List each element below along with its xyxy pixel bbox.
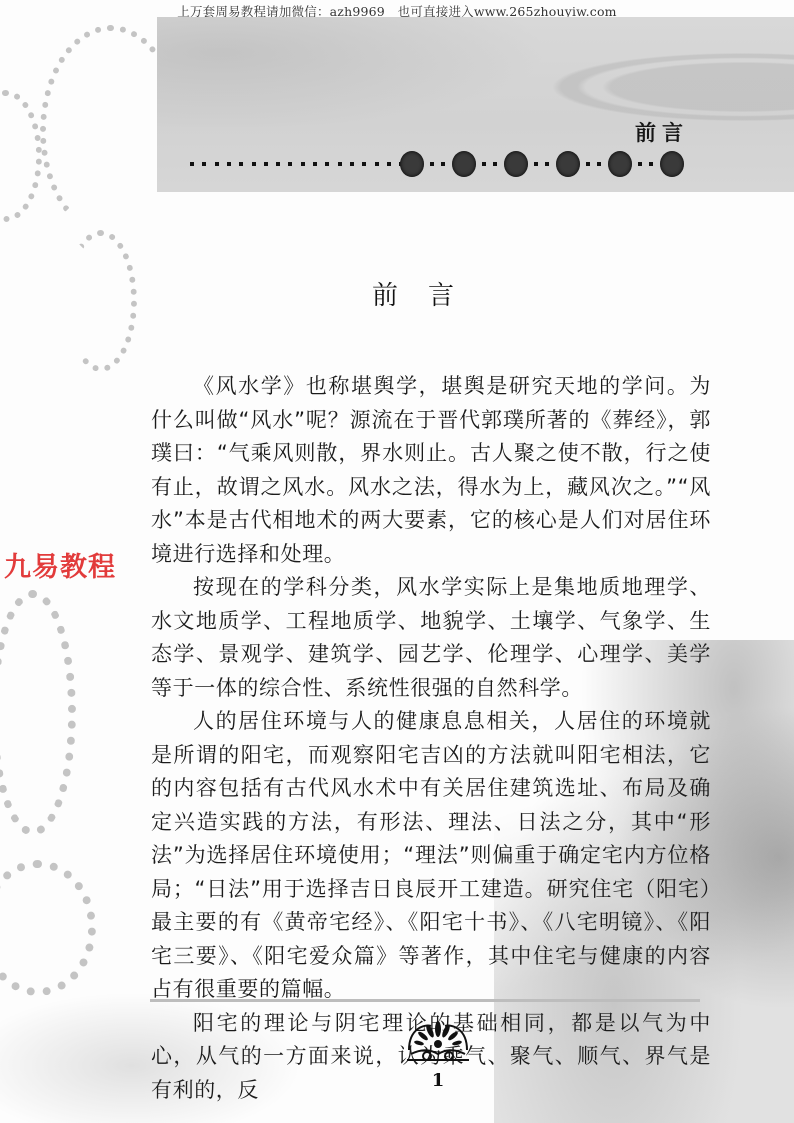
paragraph: 人的居住环境与人的健康息息相关，人居住的环境就是所谓的阳宅，而观察阳宅吉凶的方法… bbox=[151, 705, 711, 1007]
paragraph: 《风水学》也称堪舆学，堪舆是研究天地的学问。为什么叫做“风水”呢？源流在于晋代郭… bbox=[151, 370, 711, 571]
small-dot bbox=[215, 162, 219, 166]
small-dot bbox=[493, 162, 497, 166]
footer-divider bbox=[150, 999, 700, 1002]
small-dot bbox=[649, 162, 653, 166]
small-dot bbox=[325, 162, 329, 166]
page-number: 1 bbox=[0, 1070, 794, 1091]
small-dot bbox=[190, 162, 194, 166]
decorative-swirl bbox=[0, 860, 96, 996]
body-text: 《风水学》也称堪舆学，堪舆是研究天地的学问。为什么叫做“风水”呢？源流在于晋代郭… bbox=[151, 370, 711, 1107]
small-dot bbox=[252, 162, 256, 166]
large-dot bbox=[452, 151, 476, 177]
small-dot bbox=[338, 162, 342, 166]
small-dot bbox=[441, 162, 445, 166]
paragraph: 按现在的学科分类，风水学实际上是集地质地理学、水文地质学、工程地质学、地貌学、土… bbox=[151, 571, 711, 705]
small-dot bbox=[430, 162, 434, 166]
large-dot bbox=[504, 151, 528, 177]
small-dot bbox=[482, 162, 486, 166]
small-dot bbox=[239, 162, 243, 166]
watermark-logo: 九易教程 bbox=[4, 545, 116, 584]
large-dot bbox=[608, 151, 632, 177]
small-dot bbox=[586, 162, 590, 166]
small-dot bbox=[276, 162, 280, 166]
page-title: 前言 bbox=[0, 275, 794, 312]
small-dot bbox=[638, 162, 642, 166]
small-dot bbox=[375, 162, 379, 166]
small-dot bbox=[313, 162, 317, 166]
small-dot bbox=[301, 162, 305, 166]
running-header-title: 前言 bbox=[635, 117, 689, 147]
small-dot bbox=[288, 162, 292, 166]
large-dot bbox=[556, 151, 580, 177]
small-dot bbox=[264, 162, 268, 166]
small-dot bbox=[362, 162, 366, 166]
palmette-ornament-icon bbox=[405, 1020, 471, 1064]
small-dot bbox=[534, 162, 538, 166]
decorative-swirl bbox=[0, 590, 76, 836]
small-dot bbox=[227, 162, 231, 166]
header-dot-decoration bbox=[190, 151, 690, 177]
large-dot bbox=[660, 151, 684, 177]
small-dot bbox=[350, 162, 354, 166]
small-dot bbox=[597, 162, 601, 166]
small-dot bbox=[545, 162, 549, 166]
small-dot bbox=[202, 162, 206, 166]
large-dot bbox=[400, 151, 424, 177]
decorative-swirl bbox=[0, 90, 42, 222]
small-dot bbox=[387, 162, 391, 166]
